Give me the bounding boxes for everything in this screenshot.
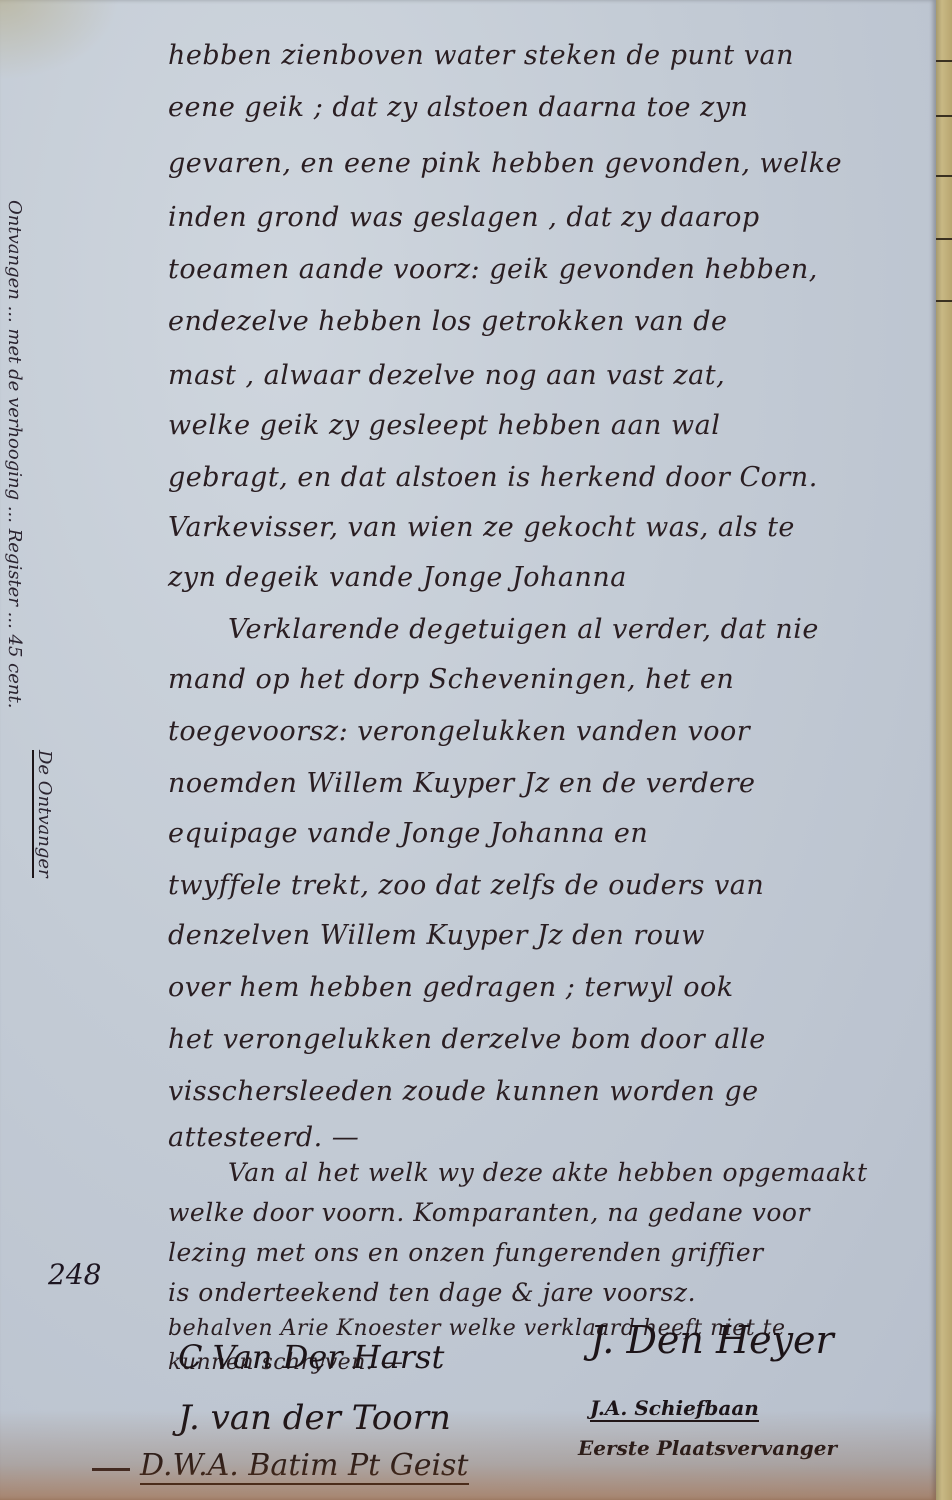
manuscript-sheet: Geregistreerd te 's Gravenhage den ... a… (0, 0, 936, 1500)
text-line: mand op het dorp Scheveningen, het en (168, 664, 734, 695)
signature: C Van Der Harst (178, 1338, 444, 1376)
text-line: hebben zienboven water steken de punt va… (168, 40, 794, 71)
text-line: toegevoorsz: verongelukken vanden voor (168, 716, 750, 747)
text-line: gebragt, en dat alstoen is herkend door … (168, 462, 818, 493)
text-line: attesteerd. — (168, 1122, 359, 1153)
text-line: is onderteekend ten dage & jare voorsz. (168, 1278, 696, 1307)
text-line: het verongelukken derzelve bom door alle (168, 1024, 766, 1055)
text-line: toeamen aande voorz: geik gevonden hebbe… (168, 254, 818, 285)
text-line: visschersleeden zoude kunnen worden ge (168, 1076, 759, 1107)
folio-number: 248 (48, 1258, 101, 1291)
paragraph-start-line: Van al het welk wy deze akte hebben opge… (228, 1158, 868, 1187)
text-line: equipage vande Jonge Johanna en (168, 818, 648, 849)
text-line: endezelve hebben los getrokken van de (168, 306, 728, 337)
text-line: over hem hebben gedragen ; terwyl ook (168, 972, 734, 1003)
margin-note-line: Ontvangen ... met de verhooging ... Regi… (4, 200, 25, 708)
text-line: denzelven Willem Kuyper Jz den rouw (168, 920, 705, 951)
flourish-dash (92, 1468, 130, 1471)
page-corner-shading (0, 0, 120, 80)
text-line: gevaren, en eene pink hebben gevonden, w… (168, 148, 842, 179)
paragraph-start-line: Verklarende degetuigen al verder, dat ni… (228, 614, 819, 645)
text-line: eene geik ; dat zy alstoen daarna toe zy… (168, 92, 748, 123)
text-line: twyffele trekt, zoo dat zelfs de ouders … (168, 870, 764, 901)
text-line: inden grond was geslagen , dat zy daarop (168, 202, 760, 233)
text-line: Varkevisser, van wien ze gekocht was, al… (168, 512, 795, 543)
signature: J. van der Toorn (178, 1398, 451, 1438)
text-line: welke geik zy gesleept hebben aan wal (168, 410, 720, 441)
text-line: mast , alwaar dezelve nog aan vast zat, (168, 360, 725, 391)
margin-note-signature: De Ontvanger (32, 750, 55, 878)
signature: J. Den Heyer (590, 1318, 834, 1362)
signature: J.A. Schiefbaan (590, 1396, 759, 1422)
signature: D.W.A. Batim Pt Geist (140, 1448, 469, 1485)
text-line: noemden Willem Kuyper Jz en de verdere (168, 768, 756, 799)
signatory-title: Eerste Plaatsvervanger (578, 1436, 837, 1460)
text-line: lezing met ons en onzen fungerenden grif… (168, 1238, 764, 1267)
text-line: welke door voorn. Komparanten, na gedane… (168, 1198, 810, 1227)
text-line: zyn degeik vande Jonge Johanna (168, 562, 627, 593)
